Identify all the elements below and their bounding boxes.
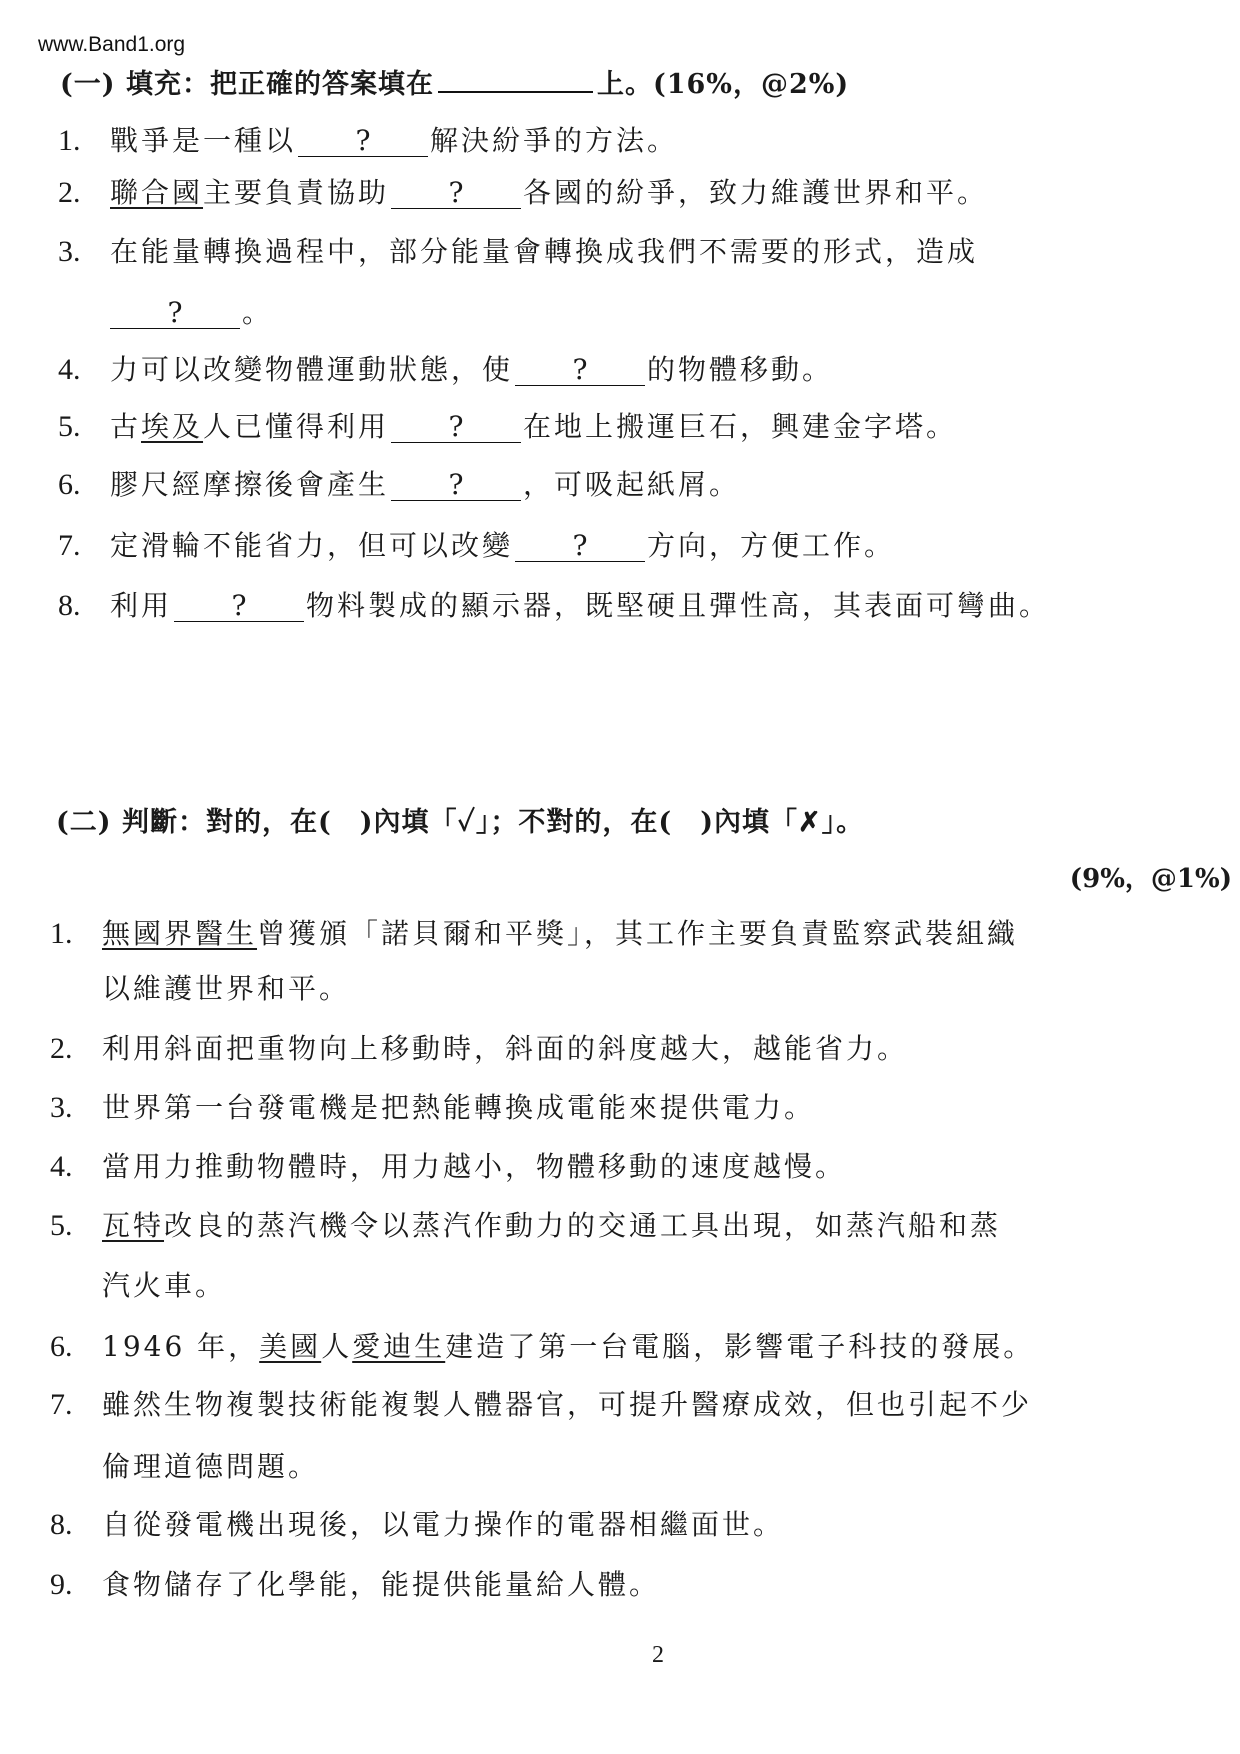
question-number: 8. xyxy=(58,589,110,623)
question-text: 人 xyxy=(321,1330,352,1363)
answer-blank-3[interactable]: ? xyxy=(110,298,240,329)
answer-blank-7[interactable]: ? xyxy=(515,531,645,562)
question-text: 膠尺經摩擦後會產生 xyxy=(110,468,389,501)
question-text: 改良的蒸汽機令以蒸汽作動力的交通工具出現，如蒸汽船和蒸 xyxy=(164,1209,1001,1242)
tf-question-5-continued: 汽火車。 xyxy=(102,1269,226,1303)
fill-question-6: 6.膠尺經摩擦後會產生?，可吸起紙屑。 xyxy=(58,468,740,502)
tf-question-4: 4.當用力推動物體時，用力越小，物體移動的速度越慢。 xyxy=(50,1150,846,1184)
question-text: 人已懂得利用 xyxy=(203,410,389,443)
question-number: 3. xyxy=(58,235,110,269)
question-number: 5. xyxy=(58,410,110,444)
section1-title-prefix: (一) 填充：把正確的答案填在 xyxy=(60,69,434,100)
tf-question-8: 8.自從發電機出現後，以電力操作的電器相繼面世。 xyxy=(50,1508,784,1542)
answer-blank-1[interactable]: ? xyxy=(298,126,428,157)
fill-question-2: 2.聯合國主要負責協助?各國的紛爭，致力維護世界和平。 xyxy=(58,176,988,210)
answer-blank-8[interactable]: ? xyxy=(174,591,304,622)
fill-question-8: 8.利用?物料製成的顯示器，既堅硬且彈性高，其表面可彎曲。 xyxy=(58,589,1050,623)
answer-blank-2[interactable]: ? xyxy=(391,178,521,209)
question-number: 4. xyxy=(50,1150,102,1184)
answer-blank-6[interactable]: ? xyxy=(391,470,521,501)
question-text: 。 xyxy=(242,296,273,329)
question-text: 1946 年， xyxy=(102,1330,259,1363)
section1-title-suffix: 上。 xyxy=(597,69,653,100)
tf-question-1: 1.無國界醫生曾獲頒「諾貝爾和平獎」，其工作主要負責監察武裝組織 xyxy=(50,917,1018,951)
section2-title: (二) 判斷：對的，在( )內填「✓」；不對的，在( )內填「✗」。 xyxy=(56,800,864,839)
question-text: 當用力推動物體時，用力越小，物體移動的速度越慢。 xyxy=(102,1150,846,1183)
question-text: 在能量轉換過程中，部分能量會轉換成我們不需要的形式，造成 xyxy=(110,235,978,268)
section1-marks: (16%，@2%) xyxy=(653,69,849,100)
fill-question-1: 1.戰爭是一種以?解決紛爭的方法。 xyxy=(58,124,678,158)
question-text: 各國的紛爭，致力維護世界和平。 xyxy=(523,176,988,209)
answer-blank-4[interactable]: ? xyxy=(515,355,645,386)
tf-question-2: 2.利用斜面把重物向上移動時，斜面的斜度越大，越能省力。 xyxy=(50,1032,908,1066)
tf-question-7-continued: 倫理道德問題。 xyxy=(102,1450,319,1484)
proper-noun: 美國 xyxy=(259,1330,321,1363)
proper-noun: 愛迪生 xyxy=(352,1330,445,1363)
question-text: 建造了第一台電腦，影響電子科技的發展。 xyxy=(445,1330,1034,1363)
question-number: 2. xyxy=(50,1032,102,1066)
question-number: 8. xyxy=(50,1508,102,1542)
question-text: 在地上搬運巨石，興建金字塔。 xyxy=(523,410,957,443)
question-number: 6. xyxy=(58,468,110,502)
tf-question-6: 6.1946 年，美國人愛迪生建造了第一台電腦，影響電子科技的發展。 xyxy=(50,1330,1034,1364)
question-text: 主要負責協助 xyxy=(203,176,389,209)
question-number: 1. xyxy=(58,124,110,158)
section1-title: (一) 填充：把正確的答案填在上。(16%，@2%) xyxy=(60,62,849,101)
tf-question-9: 9.食物儲存了化學能，能提供能量給人體。 xyxy=(50,1568,660,1602)
page-number: 2 xyxy=(652,1642,664,1669)
fill-question-3: 3.在能量轉換過程中，部分能量會轉換成我們不需要的形式，造成 xyxy=(58,235,978,269)
question-text: 戰爭是一種以 xyxy=(110,124,296,157)
question-number: 6. xyxy=(50,1330,102,1364)
proper-noun: 聯合國 xyxy=(110,176,203,209)
question-text: ，可吸起紙屑。 xyxy=(523,468,740,501)
question-text: 利用 xyxy=(110,589,172,622)
question-text: 世界第一台發電機是把熱能轉換成電能來提供電力。 xyxy=(102,1091,815,1124)
tf-question-5: 5.瓦特改良的蒸汽機令以蒸汽作動力的交通工具出現，如蒸汽船和蒸 xyxy=(50,1209,1001,1243)
answer-blank-5[interactable]: ? xyxy=(391,412,521,443)
fill-question-5: 5.古埃及人已懂得利用?在地上搬運巨石，興建金字塔。 xyxy=(58,410,957,444)
question-text: 力可以改變物體運動狀態，使 xyxy=(110,353,513,386)
question-text: 的物體移動。 xyxy=(647,353,833,386)
title-blank-line xyxy=(438,69,593,93)
question-text: 解決紛爭的方法。 xyxy=(430,124,678,157)
question-text: 古 xyxy=(110,410,141,443)
tf-question-3: 3.世界第一台發電機是把熱能轉換成電能來提供電力。 xyxy=(50,1091,815,1125)
question-text: 雖然生物複製技術能複製人體器官，可提升醫療成效，但也引起不少 xyxy=(102,1388,1032,1421)
section2-marks: (9%，@1%) xyxy=(1070,858,1232,895)
fill-question-7: 7.定滑輪不能省力，但可以改變?方向，方便工作。 xyxy=(58,529,895,563)
question-number: 7. xyxy=(58,529,110,563)
watermark: www.Band1.org xyxy=(38,33,185,57)
tf-question-1-continued: 以維護世界和平。 xyxy=(102,972,350,1006)
question-number: 5. xyxy=(50,1209,102,1243)
question-text: 物料製成的顯示器，既堅硬且彈性高，其表面可彎曲。 xyxy=(306,589,1050,622)
question-number: 1. xyxy=(50,917,102,951)
question-text: 定滑輪不能省力，但可以改變 xyxy=(110,529,513,562)
question-number: 7. xyxy=(50,1388,102,1422)
question-text: 曾獲頒「諾貝爾和平獎」，其工作主要負責監察武裝組織 xyxy=(257,917,1018,950)
proper-noun: 埃及 xyxy=(141,410,203,443)
question-text: 利用斜面把重物向上移動時，斜面的斜度越大，越能省力。 xyxy=(102,1032,908,1065)
tf-question-7: 7.雖然生物複製技術能複製人體器官，可提升醫療成效，但也引起不少 xyxy=(50,1388,1032,1422)
question-number: 9. xyxy=(50,1568,102,1602)
question-text: 自從發電機出現後，以電力操作的電器相繼面世。 xyxy=(102,1508,784,1541)
proper-noun: 無國界醫生 xyxy=(102,917,257,950)
fill-question-3-continued: ?。 xyxy=(108,296,273,330)
question-number: 3. xyxy=(50,1091,102,1125)
question-number: 4. xyxy=(58,353,110,387)
proper-noun: 瓦特 xyxy=(102,1209,164,1242)
question-text: 食物儲存了化學能，能提供能量給人體。 xyxy=(102,1568,660,1601)
question-text: 方向，方便工作。 xyxy=(647,529,895,562)
fill-question-4: 4.力可以改變物體運動狀態，使?的物體移動。 xyxy=(58,353,833,387)
question-number: 2. xyxy=(58,176,110,210)
